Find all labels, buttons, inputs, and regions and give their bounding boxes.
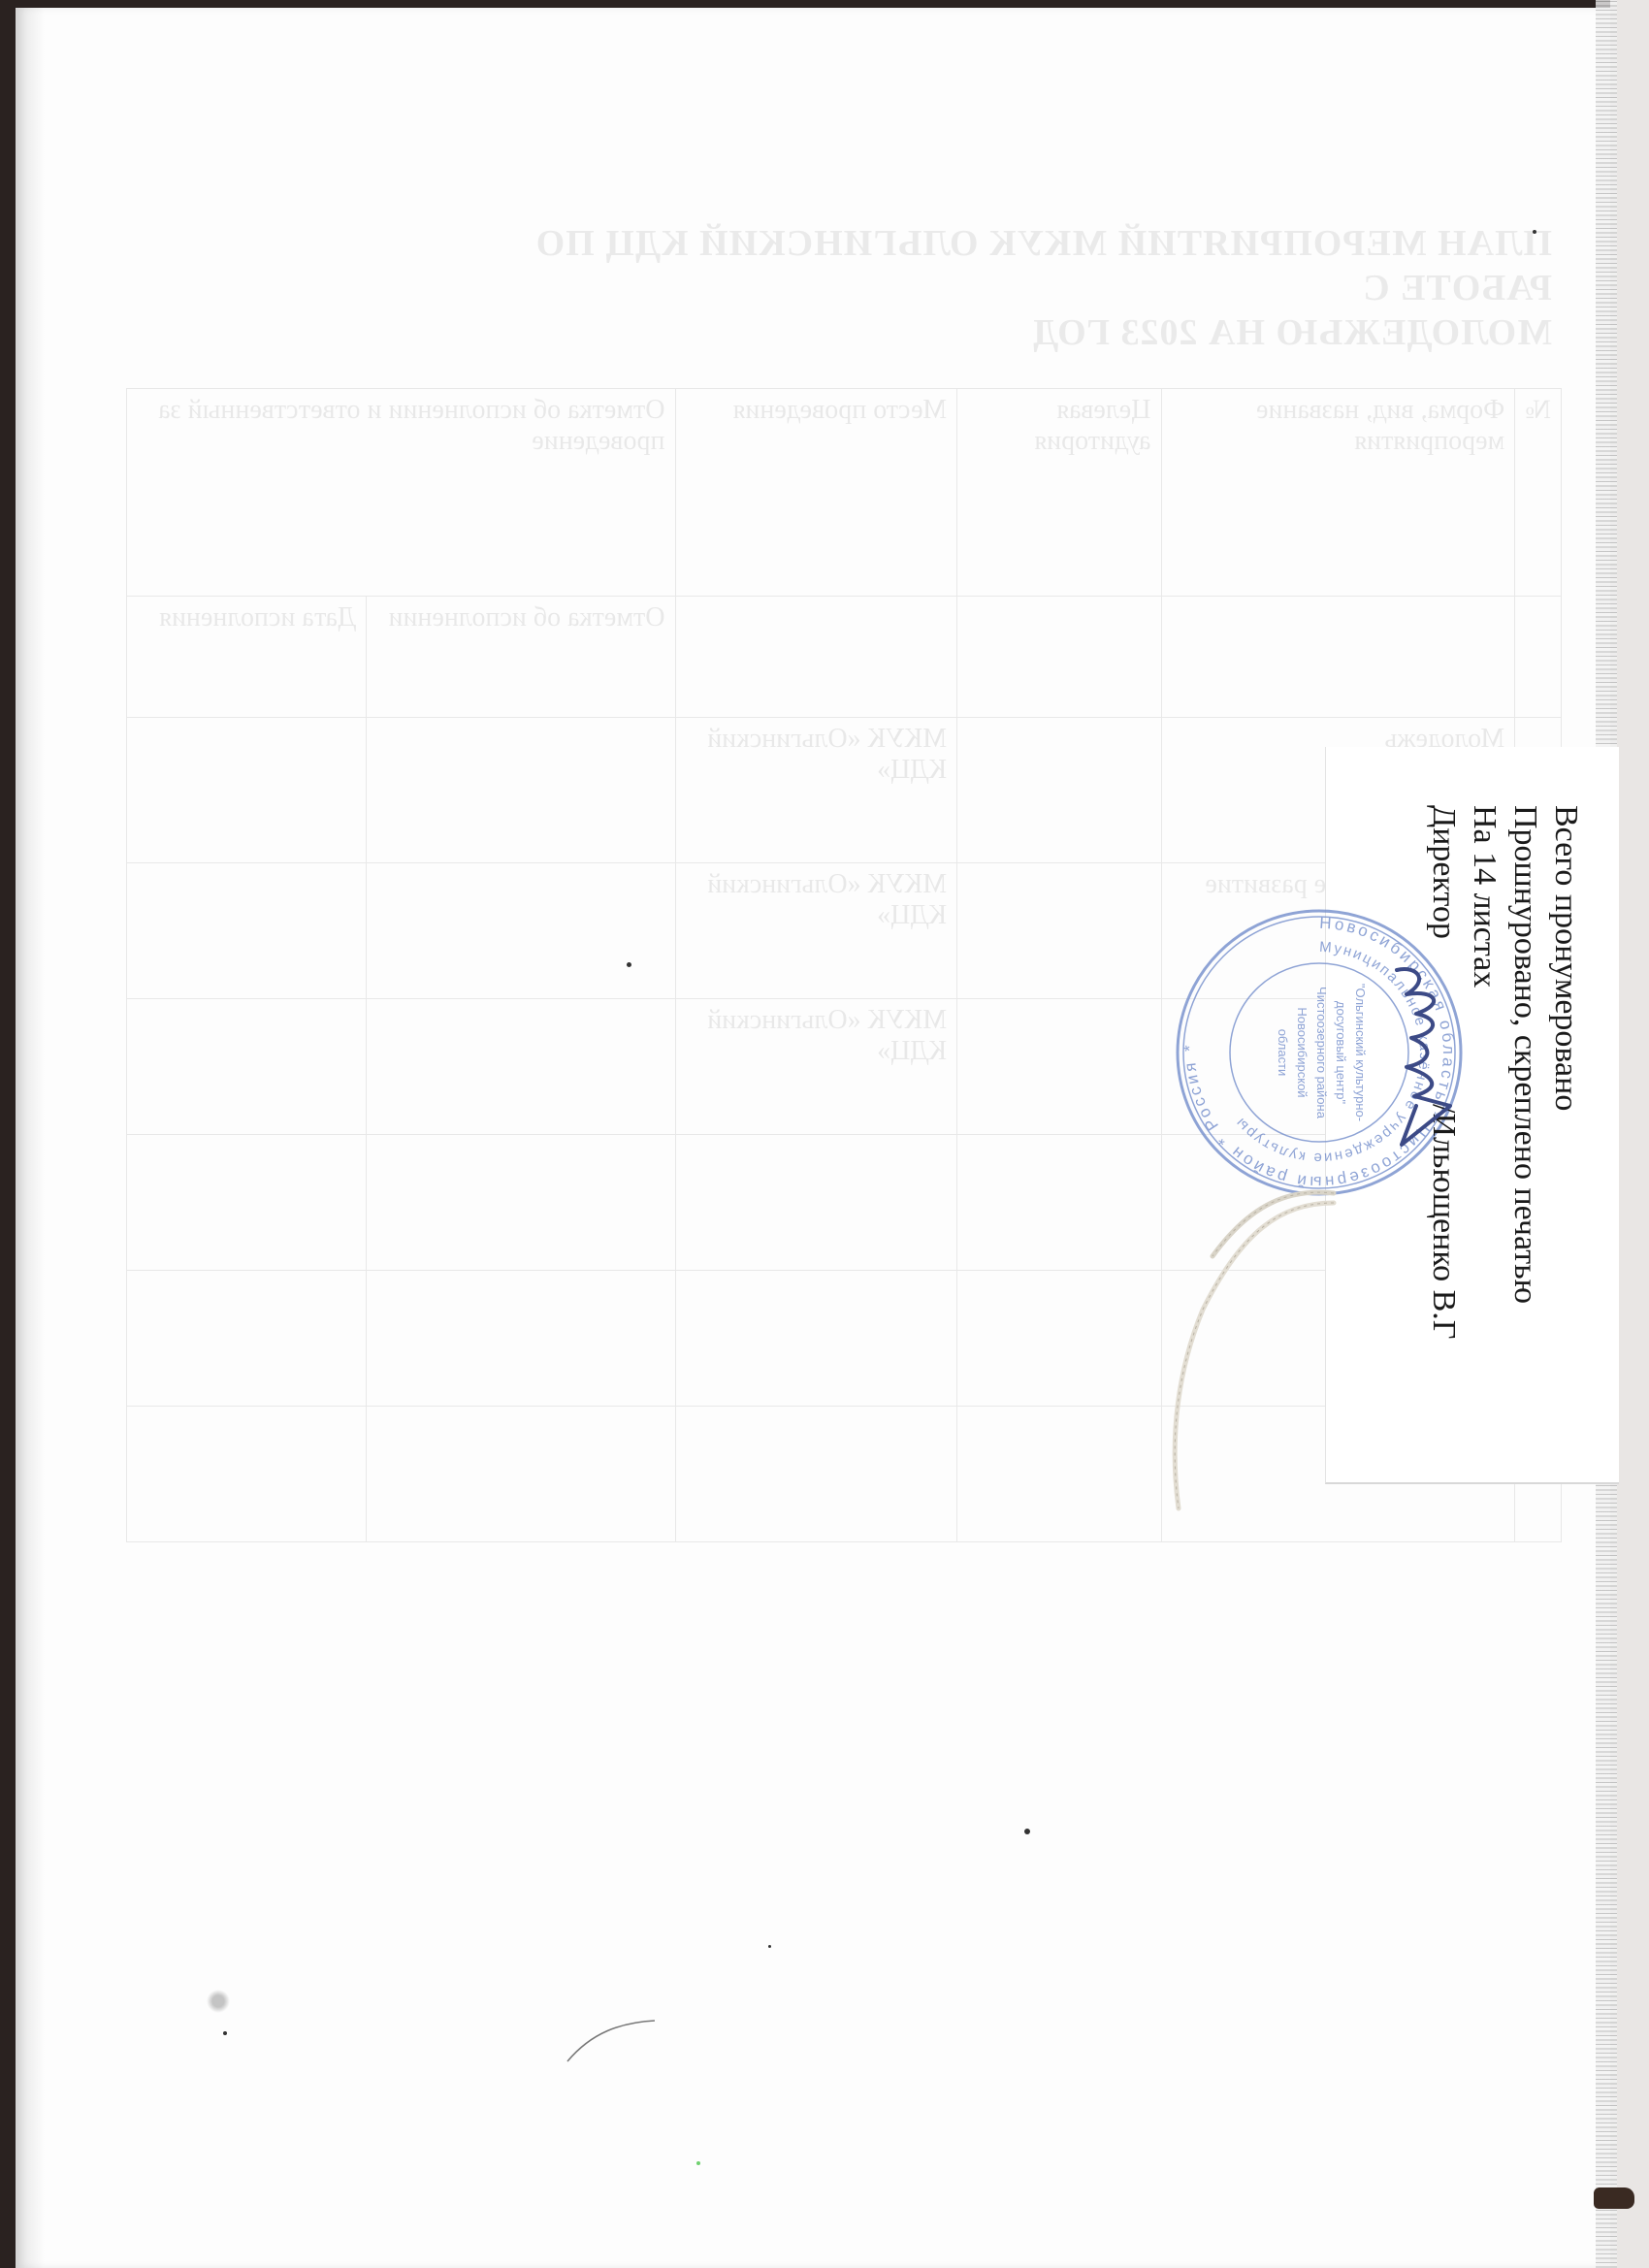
- label-total-numbered: Всего пронумеровано: [1545, 805, 1586, 1465]
- table-cell: МКУК «Ольгинский КДЦ»: [675, 999, 957, 1135]
- stamp-center-line: досуговый центр": [1334, 1001, 1348, 1105]
- table-header-cell: Дата исполнения: [127, 596, 367, 717]
- binding-string-icon: [1145, 1145, 1339, 1513]
- stamp-center-line: области: [1276, 1029, 1290, 1077]
- page-left-shadow: [16, 8, 45, 2268]
- bleed-through-title: ПЛАН МЕРОПРИЯТИЙ МКУК ОЛЬГИНСКИЙ КДЦ ПО …: [533, 221, 1552, 355]
- signature-icon: [1377, 960, 1474, 1154]
- table-header-cell: Отметка об исполнении: [367, 596, 675, 717]
- table-cell: МКУК «Ольгинский КДЦ»: [675, 863, 957, 999]
- bleed-title-line-2: МОЛОДЕЖЬЮ НА 2023 ГОД: [1032, 312, 1552, 353]
- smudge-mark: [204, 1989, 233, 2014]
- table-header-cell: №: [1515, 389, 1562, 597]
- table-header-cell: Форма, вид, название мероприятия: [1161, 389, 1515, 597]
- speck-mark: [1533, 230, 1536, 234]
- bleed-title-line-1: ПЛАН МЕРОПРИЯТИЙ МКУК ОЛЬГИНСКИЙ КДЦ ПО …: [535, 223, 1552, 308]
- pen-stroke-mark: [563, 2018, 660, 2066]
- table-header-row: № Форма, вид, название мероприятия Целев…: [127, 389, 1562, 597]
- table-header-cell: Целевая аудитория: [957, 389, 1161, 597]
- stamp-center-line: Чистоозерного района: [1314, 987, 1329, 1119]
- table-header-cell: Место проведения: [675, 389, 957, 597]
- director-label: Директор: [1423, 805, 1464, 939]
- table-cell: МКУК «Ольгинский КДЦ»: [675, 718, 957, 863]
- speck-mark: [768, 1945, 771, 1948]
- speck-mark: [627, 962, 631, 967]
- speck-mark: [1024, 1829, 1030, 1834]
- speck-mark: [696, 2161, 700, 2165]
- table-header-row: Отметка об исполнении Дата исполнения: [127, 596, 1562, 717]
- scan-dark-mark: [1594, 2187, 1634, 2209]
- stamp-center-line: Новосибирской: [1295, 1007, 1309, 1097]
- label-laced-sealed: Прошнуровано, скреплено печатью: [1504, 805, 1545, 1465]
- speck-mark: [223, 2031, 227, 2035]
- table-header-cell: Отметка об исполнении и ответственный за…: [127, 389, 676, 597]
